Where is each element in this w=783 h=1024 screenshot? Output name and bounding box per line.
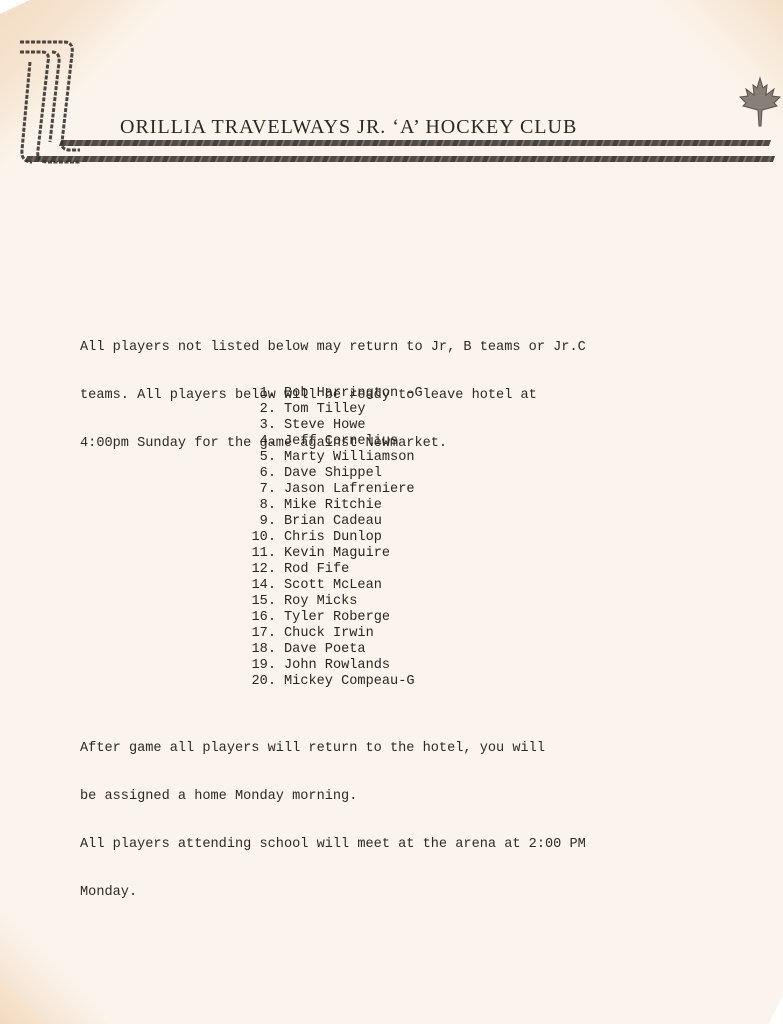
outro-line: be assigned a home Monday morning. xyxy=(80,789,586,805)
roster-number: 2. xyxy=(246,402,284,418)
torn-corner xyxy=(0,0,30,14)
roster-row: 19.John Rowlands xyxy=(246,658,423,674)
roster-number: 18. xyxy=(246,642,284,658)
roster-row: 3.Steve Howe xyxy=(246,418,423,434)
roster-row: 5.Marty Williamson xyxy=(246,450,423,466)
roster-number: 16. xyxy=(246,610,284,626)
player-name: Jason Lafreniere xyxy=(284,482,415,498)
player-name: Bob Harrington -G xyxy=(284,386,423,402)
outro-line: All players attending school will meet a… xyxy=(80,837,586,853)
letterhead-stripe xyxy=(25,156,775,162)
roster-number: 4. xyxy=(246,434,284,450)
roster-number: 20. xyxy=(246,674,284,690)
roster-row: 8.Mike Ritchie xyxy=(246,498,423,514)
player-name: Jeff Cornelius xyxy=(284,434,398,450)
roster-row: 12.Rod Fife xyxy=(246,562,423,578)
player-name: Kevin Maguire xyxy=(284,546,390,562)
player-name: Chuck Irwin xyxy=(284,626,374,642)
player-name: Dave Shippel xyxy=(284,466,382,482)
player-name: John Rowlands xyxy=(284,658,390,674)
roster-row: 11.Kevin Maguire xyxy=(246,546,423,562)
roster-row: 20.Mickey Compeau-G xyxy=(246,674,423,690)
roster-row: 15.Roy Micks xyxy=(246,594,423,610)
player-name: Dave Poeta xyxy=(284,642,366,658)
player-name: Scott McLean xyxy=(284,578,382,594)
stylized-o-logo-icon xyxy=(14,38,80,168)
maple-leaf-icon xyxy=(738,76,782,128)
roster-number: 9. xyxy=(246,514,284,530)
roster-number: 6. xyxy=(246,466,284,482)
letterhead-stripe xyxy=(59,140,771,146)
roster-number: 8. xyxy=(246,498,284,514)
roster-number: 3. xyxy=(246,418,284,434)
player-name: Tyler Roberge xyxy=(284,610,390,626)
roster-row: 14.Scott McLean xyxy=(246,578,423,594)
player-name: Tom Tilley xyxy=(284,402,366,418)
closing-paragraph: After game all players will return to th… xyxy=(80,709,586,933)
roster-row: 9.Brian Cadeau xyxy=(246,514,423,530)
roster-number: 10. xyxy=(246,530,284,546)
player-name: Mickey Compeau-G xyxy=(284,674,415,690)
roster-row: 7.Jason Lafreniere xyxy=(246,482,423,498)
torn-corner xyxy=(769,994,783,1024)
roster-number: 12. xyxy=(246,562,284,578)
roster-number: 7. xyxy=(246,482,284,498)
roster-row: 4.Jeff Cornelius xyxy=(246,434,423,450)
player-name: Brian Cadeau xyxy=(284,514,382,530)
player-name: Marty Williamson xyxy=(284,450,415,466)
player-name: Roy Micks xyxy=(284,594,357,610)
roster-row: 1.Bob Harrington -G xyxy=(246,386,423,402)
roster-number: 5. xyxy=(246,450,284,466)
player-name: Steve Howe xyxy=(284,418,366,434)
letter-page: ORILLIA TRAVELWAYS JR. ‘A’ HOCKEY CLUB A… xyxy=(0,0,783,1024)
roster-number: 14. xyxy=(246,578,284,594)
roster-row: 18.Dave Poeta xyxy=(246,642,423,658)
roster-number: 19. xyxy=(246,658,284,674)
roster-row: 6.Dave Shippel xyxy=(246,466,423,482)
club-name-heading: ORILLIA TRAVELWAYS JR. ‘A’ HOCKEY CLUB xyxy=(120,116,577,139)
player-name: Rod Fife xyxy=(284,562,349,578)
intro-line: All players not listed below may return … xyxy=(80,340,586,356)
player-name: Mike Ritchie xyxy=(284,498,382,514)
outro-line: After game all players will return to th… xyxy=(80,741,586,757)
roster-number: 15. xyxy=(246,594,284,610)
roster-number: 1. xyxy=(246,386,284,402)
player-name: Chris Dunlop xyxy=(284,530,382,546)
roster-row: 2.Tom Tilley xyxy=(246,402,423,418)
roster-number: 11. xyxy=(246,546,284,562)
outro-line: Monday. xyxy=(80,885,586,901)
roster-row: 16.Tyler Roberge xyxy=(246,610,423,626)
roster-row: 10.Chris Dunlop xyxy=(246,530,423,546)
roster-number: 17. xyxy=(246,626,284,642)
player-roster: 1.Bob Harrington -G2.Tom Tilley3.Steve H… xyxy=(246,386,423,690)
roster-row: 17.Chuck Irwin xyxy=(246,626,423,642)
